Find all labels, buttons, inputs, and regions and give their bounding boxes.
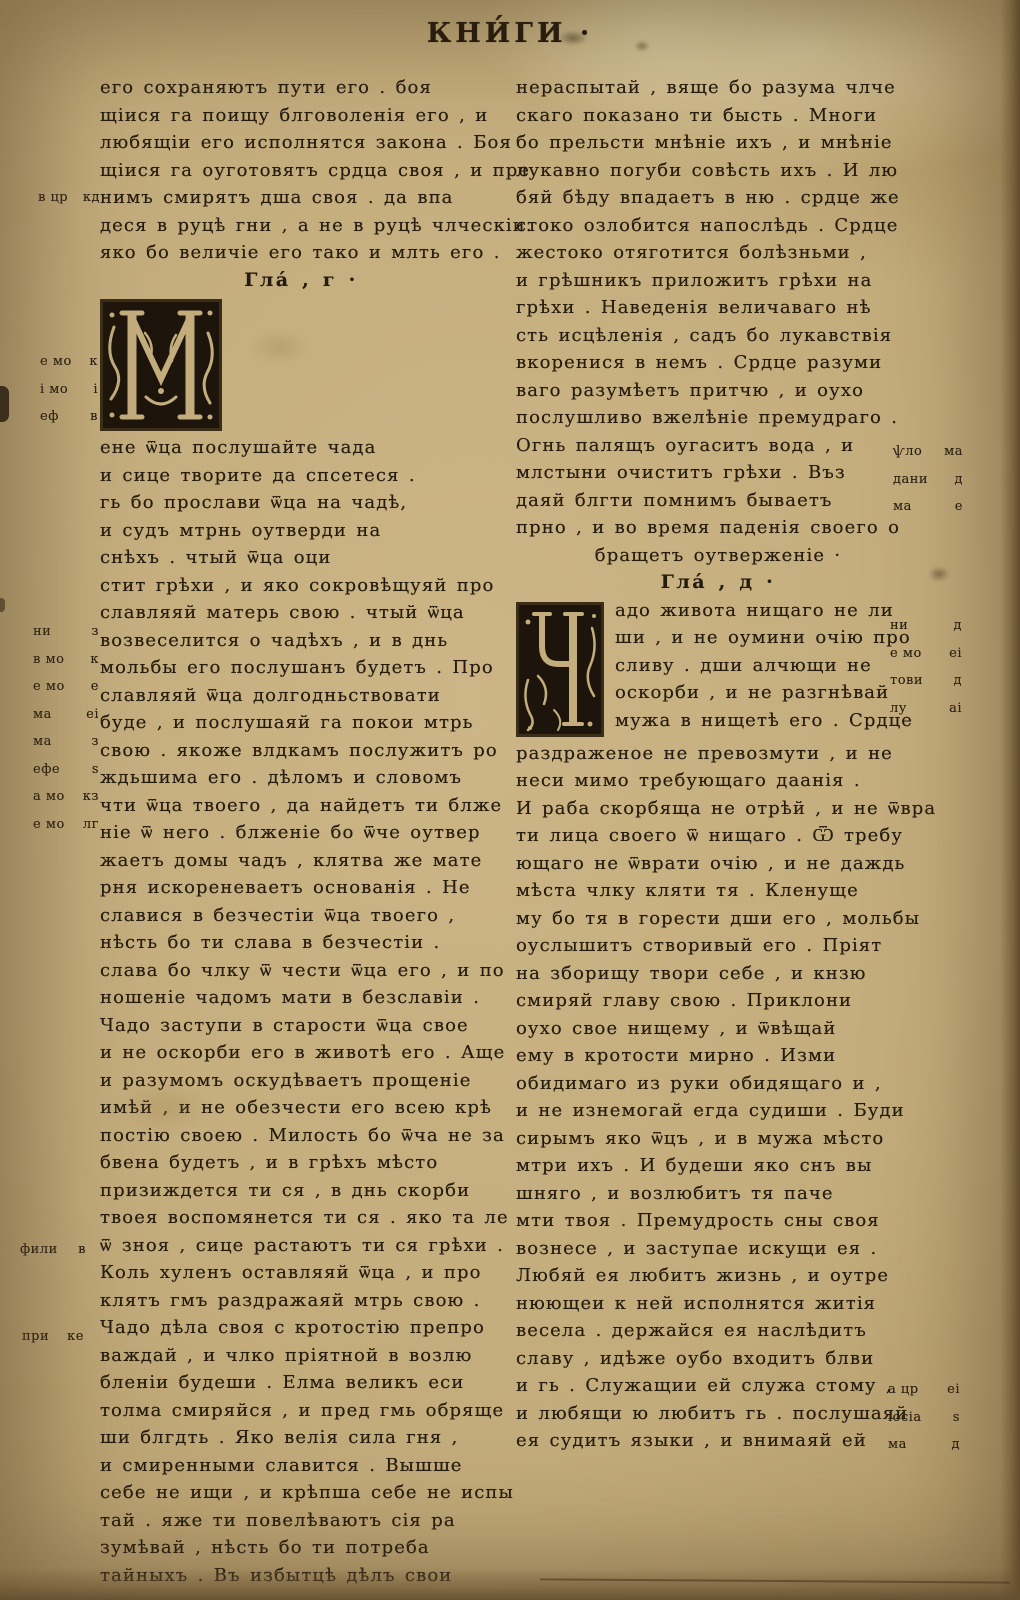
margin-note-group: а цреііосіаѕмад (888, 1376, 960, 1459)
margin-note-row: е мок (40, 348, 98, 376)
text-line: стоко озлобится напослѣдь . Срдце (516, 215, 898, 236)
text-line: ши блгдть . Яко велія сила гня , (100, 1427, 458, 1448)
page-edge-bottom (0, 1568, 1020, 1600)
margin-note-row: а мокз (33, 783, 99, 811)
edge-ink-mark (0, 598, 5, 612)
text-line: свою . якоже влдкамъ послужитъ ро (100, 740, 498, 761)
text-line: Чадо заступи в старости ѿца свое (100, 1015, 469, 1036)
text-line: и сице творите да спсетеся . (100, 465, 416, 486)
left-text-column: его сохраняютъ пути его . боящіися га по… (100, 74, 502, 1589)
margin-note-group: ниде моеітовидлуаі (890, 612, 962, 722)
text-line: адо живота нищаго не ли (615, 600, 894, 621)
text-line: грѣхи . Наведенія величаваго нѣ (516, 297, 872, 318)
text-line: славися в безчестіи ѿца твоего , (100, 905, 455, 926)
chapter-heading: Гла́ , г · (100, 267, 502, 295)
text-line: зумѣвай , нѣсть бо ти потреба (100, 1537, 430, 1558)
page-edge-right (1000, 0, 1020, 1600)
text-line: и гь . Служащии ей служа стому , (516, 1375, 893, 1396)
text-line: бленіи будеши . Елма великъ еси (100, 1372, 464, 1393)
margin-note-row: маеі (33, 701, 99, 729)
text-line: снѣхъ . чтый ѿца оци (100, 547, 331, 568)
text-line: слава бо члку ѿ чести ѿца его , и по (100, 960, 505, 981)
text-line: и судъ мтрнь оутверди на (100, 520, 381, 541)
margin-note-row: низ (33, 618, 99, 646)
text-line: на зборищу твори себе , и кнзю (516, 963, 867, 984)
margin-note-group: низв моке моемаеімазефеѕа мокзе молг (33, 618, 99, 838)
text-line: сливу . дши алчющи не (615, 655, 872, 676)
text-line: послушливо вжелѣніе премудраго . (516, 407, 898, 428)
text-line: бращетъ оутверженіе · (516, 542, 920, 570)
text-line: мтри ихъ . И будеши яко снъ вы (516, 1155, 872, 1176)
text-line: славу , идѣже оубо входитъ блви (516, 1348, 874, 1369)
paper-stain (928, 566, 950, 582)
text-line: и любящи ю любитъ гь . послушаяй (516, 1403, 908, 1424)
margin-note-row: е моеі (890, 640, 962, 668)
text-line: нераспытай , вяще бо разума члче (516, 77, 896, 98)
text-line: шняго , и возлюбитъ тя паче (516, 1183, 834, 1204)
text-line: ваго разумѣетъ притчю , и оухо (516, 380, 864, 401)
text-line: клятъ гмъ раздражаяй мтрь свою . (100, 1290, 480, 1311)
margin-note-group: филив (20, 1236, 86, 1264)
text-line: славляяй матерь свою . чтый ѿца (100, 602, 465, 623)
margin-note-row: ѱлома (893, 438, 963, 466)
margin-note-row: мае (893, 493, 963, 521)
woodcut-initial-ch-icon (516, 602, 604, 737)
woodcut-initial-m (100, 299, 222, 431)
text-line: вознесе , и заступае искущи ея . (516, 1238, 877, 1259)
margin-note-row: данид (893, 466, 963, 494)
text-line: яко бо величіе его тако и млть его . (100, 242, 501, 263)
text-line: неси мимо требующаго даанія . (516, 770, 861, 791)
margin-note-row: ефеѕ (33, 756, 99, 784)
text-line: буде , и послушаяй га покои мтрь (100, 712, 474, 733)
text-line: ѿ зноя , сице растаютъ ти ся грѣхи . (100, 1235, 504, 1256)
text-line: мольбы его послушанъ будетъ . Про (100, 657, 494, 678)
text-line: нѣсть бо ти слава в безчестіи . (100, 932, 440, 953)
margin-note-row: і моі (40, 376, 98, 404)
text-line: жестоко отяготится болѣзньми , (516, 242, 867, 263)
text-line: ея судитъ языки , и внимаяй ей (516, 1430, 867, 1451)
text-line: сть исцѣленія , садъ бо лукавствія (516, 325, 892, 346)
text-line: сирымъ яко ѿцъ , и в мужа мѣсто (516, 1128, 884, 1149)
margin-note-group: е мокі моіефв (40, 348, 98, 431)
margin-note-row: луаі (890, 695, 962, 723)
text-line: себе не ищи , и крѣпша себе не испы (100, 1482, 514, 1503)
text-line: бо прельсти мнѣніе ихъ , и мнѣніе (516, 132, 893, 153)
margin-note-row: а цреі (888, 1376, 960, 1404)
page-scan: КНИ́ГИ · его сохраняютъ пути его . боящі… (0, 0, 1020, 1600)
text-line: оухо свое нищему , и ѿвѣщай (516, 1018, 836, 1039)
paper-stain (120, 1080, 210, 1135)
margin-note-row: ефв (40, 403, 98, 431)
text-line: оскорби , и не разгнѣвай (615, 682, 889, 703)
text-line: оуслышитъ створивый его . Пріят (516, 935, 882, 956)
margin-note-row: в мок (33, 646, 99, 674)
margin-note-row: маз (33, 728, 99, 756)
text-line: Коль хуленъ оставляяй ѿца , и про (100, 1262, 482, 1283)
edge-ink-mark (0, 386, 9, 422)
margin-note-group: ѱломаданидмае (893, 438, 963, 521)
text-line: любящіи его исполнятся закона . Боя (100, 132, 512, 153)
text-line: мѣста члку кляти тя . Кленуще (516, 880, 859, 901)
text-line: и не изнемогай егда судиши . Буди (516, 1100, 905, 1121)
margin-note-row: мад (888, 1431, 960, 1459)
text-line: млстыни очиститъ грѣхи . Въз (516, 462, 846, 483)
text-line: ти лица своего ѿ нищаго . Ѿ требу (516, 825, 903, 846)
text-line: мти твоя . Премудрость сны своя (516, 1210, 880, 1231)
margin-note-group: прике (22, 1323, 84, 1351)
chapter-heading: Гла́ , д · (516, 569, 920, 597)
text-line: щіися га поищу блговоленія его , и (100, 105, 488, 126)
ink-smudge (634, 40, 650, 52)
woodcut-initial-ch (516, 602, 604, 737)
text-line: рня искореневаетъ основанія . Не (100, 877, 471, 898)
margin-note-row: іосіаѕ (888, 1404, 960, 1432)
running-title: КНИ́ГИ · (0, 18, 1020, 49)
text-line: стит грѣхи , и яко сокровѣщуяй про (100, 575, 494, 596)
text-line: обидимаго из руки обидящаго и , (516, 1073, 882, 1094)
right-text-column: нераспытай , вяще бо разума члческаго по… (516, 74, 920, 1455)
margin-note-row: товид (890, 667, 962, 695)
text-line: скаго показано ти бысть . Многи (516, 105, 877, 126)
text-line: важдай , и члко пріятной в возлю (100, 1345, 472, 1366)
text-line: лукавно погуби совѣсть ихъ . И лю (516, 160, 898, 181)
text-line: смиряй главу свою . Приклони (516, 990, 852, 1011)
text-line: И раба скорбяща не отрѣй , и не ѿвра (516, 798, 936, 819)
text-line: чти ѿца твоего , да найдетъ ти блже (100, 795, 502, 816)
paper-stain (250, 330, 310, 364)
text-line: Любяй ея любитъ жизнь , и оутре (516, 1265, 889, 1286)
text-line: жаетъ домы чадъ , клятва же мате (100, 850, 482, 871)
text-line: призиждется ти ся , в днь скорби (100, 1180, 470, 1201)
text-line: му бо тя в горести дши его , мольбы (516, 908, 920, 929)
margin-note-row: нид (890, 612, 962, 640)
text-line: Чадо дѣла своя с кротостію препро (100, 1317, 485, 1338)
text-line: славляяй ѿца долгодньствовати (100, 685, 441, 706)
text-line: его сохраняютъ пути его . боя (100, 77, 432, 98)
text-line: ему в кротости мирно . Изми (516, 1045, 836, 1066)
text-line: ждьшима его . дѣломъ и словомъ (100, 767, 462, 788)
ink-smudge (558, 30, 588, 46)
text-line: мужа в нищетѣ его . Срдце (615, 710, 913, 731)
text-line: прно , и во время паденія своего о (516, 517, 900, 538)
text-line: ющаго не ѿврати очію , и не даждь (516, 853, 905, 874)
text-line: весела . держайся ея наслѣдитъ (516, 1320, 867, 1341)
text-line: Огнь палящъ оугаситъ вода , и (516, 435, 854, 456)
text-line: деся в руцѣ гни , а не в руцѣ члческіи. (100, 215, 533, 236)
text-line: бяй бѣду впадаетъ в ню . срдце же (516, 187, 900, 208)
text-line: и грѣшникъ приложитъ грѣхи на (516, 270, 872, 291)
text-line: ніе ѿ него . блженіе бо ѿче оутвер (100, 822, 481, 843)
margin-note-row: е молг (33, 811, 99, 839)
text-line: и не оскорби его в животѣ его . Аще (100, 1042, 505, 1063)
woodcut-initial-m-icon (100, 299, 222, 431)
text-line: твоея воспомянется ти ся . яко та ле (100, 1207, 509, 1228)
text-line: раздраженое не превозмути , и не (516, 743, 893, 764)
text-line: вкоренися в немъ . Срдце разуми (516, 352, 882, 373)
margin-note-row: в цркд (38, 184, 100, 212)
text-line: толма смиряйся , и пред гмь обряще (100, 1400, 504, 1421)
text-line: нюющеи к ней исполнятся житія (516, 1293, 876, 1314)
text-line: ене ѿца послушайте чада (100, 437, 376, 458)
text-line: щіися га оуготовятъ срдца своя , и пре (100, 160, 530, 181)
text-line: возвеселится о чадѣхъ , и в днь (100, 630, 448, 651)
margin-note-row: е мое (33, 673, 99, 701)
text-line: даяй блгти помнимъ бываетъ (516, 490, 832, 511)
text-line: гь бо прослави ѿца на чадѣ, (100, 492, 407, 513)
text-line: ши , и не оумини очію про (615, 627, 911, 648)
text-line: ношеніе чадомъ мати в безславіи . (100, 987, 480, 1008)
margin-note-group: в цркд (38, 184, 100, 212)
text-line: тай . яже ти повелѣваютъ сія ра (100, 1510, 456, 1531)
margin-note-row: прике (22, 1323, 84, 1351)
margin-note-row: филив (20, 1236, 86, 1264)
text-line: бвена будетъ , и в грѣхъ мѣсто (100, 1152, 438, 1173)
text-line: и смиренными славится . Вышше (100, 1455, 463, 1476)
text-line: нимъ смирятъ дша своя . да впа (100, 187, 454, 208)
